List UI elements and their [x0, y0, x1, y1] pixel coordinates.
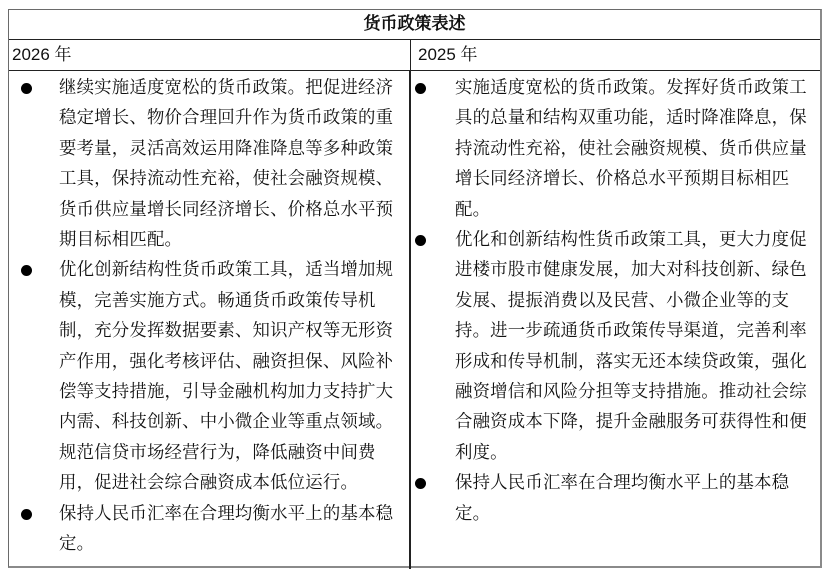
- year-header-row: 2026 年 2025 年: [9, 40, 820, 71]
- year-header-2026: 2026 年: [9, 40, 411, 70]
- list-item-text: 优化创新结构性货币政策工具，适当增加规模，完善实施方式。畅通货币政策传导机制，充…: [59, 260, 393, 493]
- year-header-2025: 2025 年: [411, 40, 820, 70]
- policy-column-2025: 实施适度宽松的货币政策。发挥好货币政策工具的总量和结构双重功能，适时降准降息，保…: [411, 71, 820, 569]
- policy-content-row: 继续实施适度宽松的货币政策。把促进经济稳定增长、物价合理回升作为货币政策的重要考…: [9, 71, 820, 569]
- list-item-text: 实施适度宽松的货币政策。发挥好货币政策工具的总量和结构双重功能，适时降准降息，保…: [455, 78, 807, 220]
- policy-list-2025: 实施适度宽松的货币政策。发挥好货币政策工具的总量和结构双重功能，适时降准降息，保…: [411, 73, 820, 529]
- list-item: 优化和创新结构性货币政策工具，更大力度促进楼市股市健康发展，加大对科技创新、绿色…: [411, 225, 820, 468]
- list-item: 优化创新结构性货币政策工具，适当增加规模，完善实施方式。畅通货币政策传导机制，充…: [9, 255, 409, 498]
- bullet-icon: [21, 83, 32, 94]
- list-item-text: 保持人民币汇率在合理均衡水平上的基本稳定。: [59, 504, 393, 554]
- list-item: 保持人民币汇率在合理均衡水平上的基本稳定。: [9, 499, 409, 560]
- list-item: 实施适度宽松的货币政策。发挥好货币政策工具的总量和结构双重功能，适时降准降息，保…: [411, 73, 820, 225]
- bullet-icon: [415, 83, 426, 94]
- monetary-policy-table: 货币政策表述 2026 年 2025 年 继续实施适度宽松的货币政策。把促进经济…: [8, 9, 822, 568]
- policy-column-2026: 继续实施适度宽松的货币政策。把促进经济稳定增长、物价合理回升作为货币政策的重要考…: [9, 71, 411, 569]
- list-item: 继续实施适度宽松的货币政策。把促进经济稳定增长、物价合理回升作为货币政策的重要考…: [9, 73, 409, 255]
- list-item-text: 优化和创新结构性货币政策工具，更大力度促进楼市股市健康发展，加大对科技创新、绿色…: [455, 230, 807, 463]
- bullet-icon: [415, 478, 426, 489]
- list-item: 保持人民币汇率在合理均衡水平上的基本稳定。: [411, 468, 820, 529]
- bullet-icon: [21, 265, 32, 276]
- policy-list-2026: 继续实施适度宽松的货币政策。把促进经济稳定增长、物价合理回升作为货币政策的重要考…: [9, 73, 409, 560]
- bullet-icon: [21, 509, 32, 520]
- list-item-text: 保持人民币汇率在合理均衡水平上的基本稳定。: [455, 473, 789, 523]
- bullet-icon: [415, 235, 426, 246]
- list-item-text: 继续实施适度宽松的货币政策。把促进经济稳定增长、物价合理回升作为货币政策的重要考…: [59, 78, 393, 250]
- table-title: 货币政策表述: [9, 10, 820, 40]
